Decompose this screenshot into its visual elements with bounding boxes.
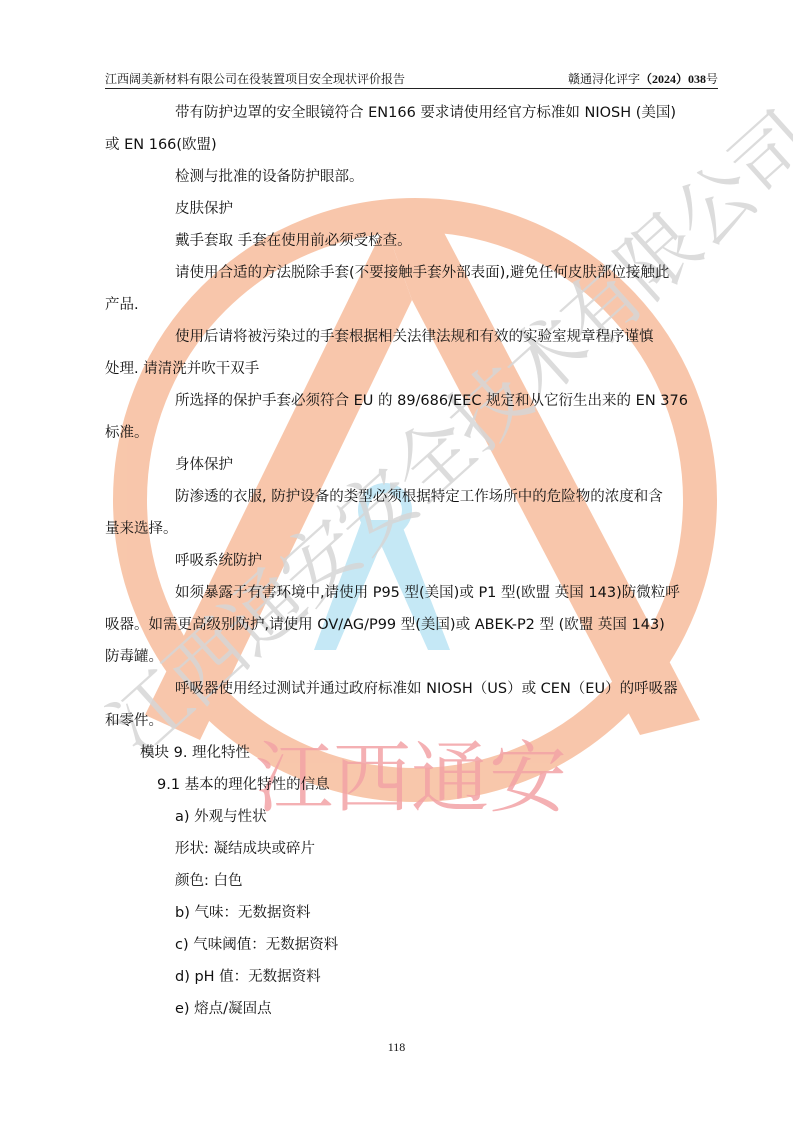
body-line: 处理. 请清洗并吹干双手 — [105, 359, 259, 379]
body-line: 呼吸器使用经过测试并通过政府标准如 NIOSH（US）或 CEN（EU）的呼吸器 — [175, 679, 678, 699]
body-line: 产品. — [105, 295, 139, 315]
subheading-respiratory-protection: 呼吸系统防护 — [175, 551, 262, 571]
property-item: 颜色: 白色 — [175, 871, 243, 891]
watermark: 江西通安安全技术有限公司 江西通安 — [0, 0, 793, 1122]
property-item: b) 气味：无数据资料 — [175, 903, 310, 923]
body-line: 戴手套取 手套在使用前必须受检查。 — [175, 231, 412, 251]
body-line: 使用后请将被污染过的手套根据相关法律法规和有效的实验室规章程序谨慎 — [175, 327, 654, 347]
body-line: 带有防护边罩的安全眼镜符合 EN166 要求请使用经官方标准如 NIOSH (美… — [175, 103, 676, 123]
page-header: 江西阔美新材料有限公司在役装置项目安全现状评价报告 赣通浔化评字（2024）03… — [105, 68, 718, 89]
reference-suffix: 号 — [706, 72, 718, 86]
report-reference: 赣通浔化评字（2024）038号 — [568, 70, 718, 87]
property-item: 形状: 凝结成块或碎片 — [175, 839, 315, 859]
body-line: 防毒罐。 — [105, 647, 163, 667]
body-line: 如须暴露于有害环境中,请使用 P95 型(美国)或 P1 型(欧盟 英国 143… — [175, 583, 680, 603]
body-line: 请使用合适的方法脱除手套(不要接触手套外部表面),避免任何皮肤部位接触此 — [175, 263, 669, 283]
property-item: e) 熔点/凝固点 — [175, 999, 272, 1019]
body-line: 量来选择。 — [105, 519, 178, 539]
subheading-body-protection: 身体保护 — [175, 455, 233, 475]
reference-prefix: 赣通浔化评字 — [568, 72, 640, 86]
property-item: c) 气味阈值：无数据资料 — [175, 935, 338, 955]
body-line: 吸器。如需更高级别防护,请使用 OV/AG/P99 型(美国)或 ABEK-P2… — [105, 615, 665, 635]
body-line: 检测与批准的设备防护眼部。 — [175, 167, 364, 187]
section-heading-module-9: 模块 9. 理化特性 — [140, 743, 250, 763]
body-line: 防渗透的衣服, 防护设备的类型必须根据特定工作场所中的危险物的浓度和含 — [175, 487, 663, 507]
subheading-skin-protection: 皮肤保护 — [175, 199, 233, 219]
body-line: 所选择的保护手套必须符合 EU 的 89/686/EEC 规定和从它衍生出来的 … — [175, 391, 688, 411]
property-item: a) 外观与性状 — [175, 807, 267, 827]
body-line: 或 EN 166(欧盟) — [105, 135, 217, 155]
reference-number: （2024）038 — [640, 72, 706, 86]
body-line: 标准。 — [105, 423, 149, 443]
property-item: d) pH 值：无数据资料 — [175, 967, 321, 987]
page-number: 118 — [0, 1040, 793, 1055]
body-line: 和零件。 — [105, 711, 163, 731]
subsection-heading-9-1: 9.1 基本的理化特性的信息 — [157, 775, 330, 795]
report-title: 江西阔美新材料有限公司在役装置项目安全现状评价报告 — [105, 70, 405, 87]
